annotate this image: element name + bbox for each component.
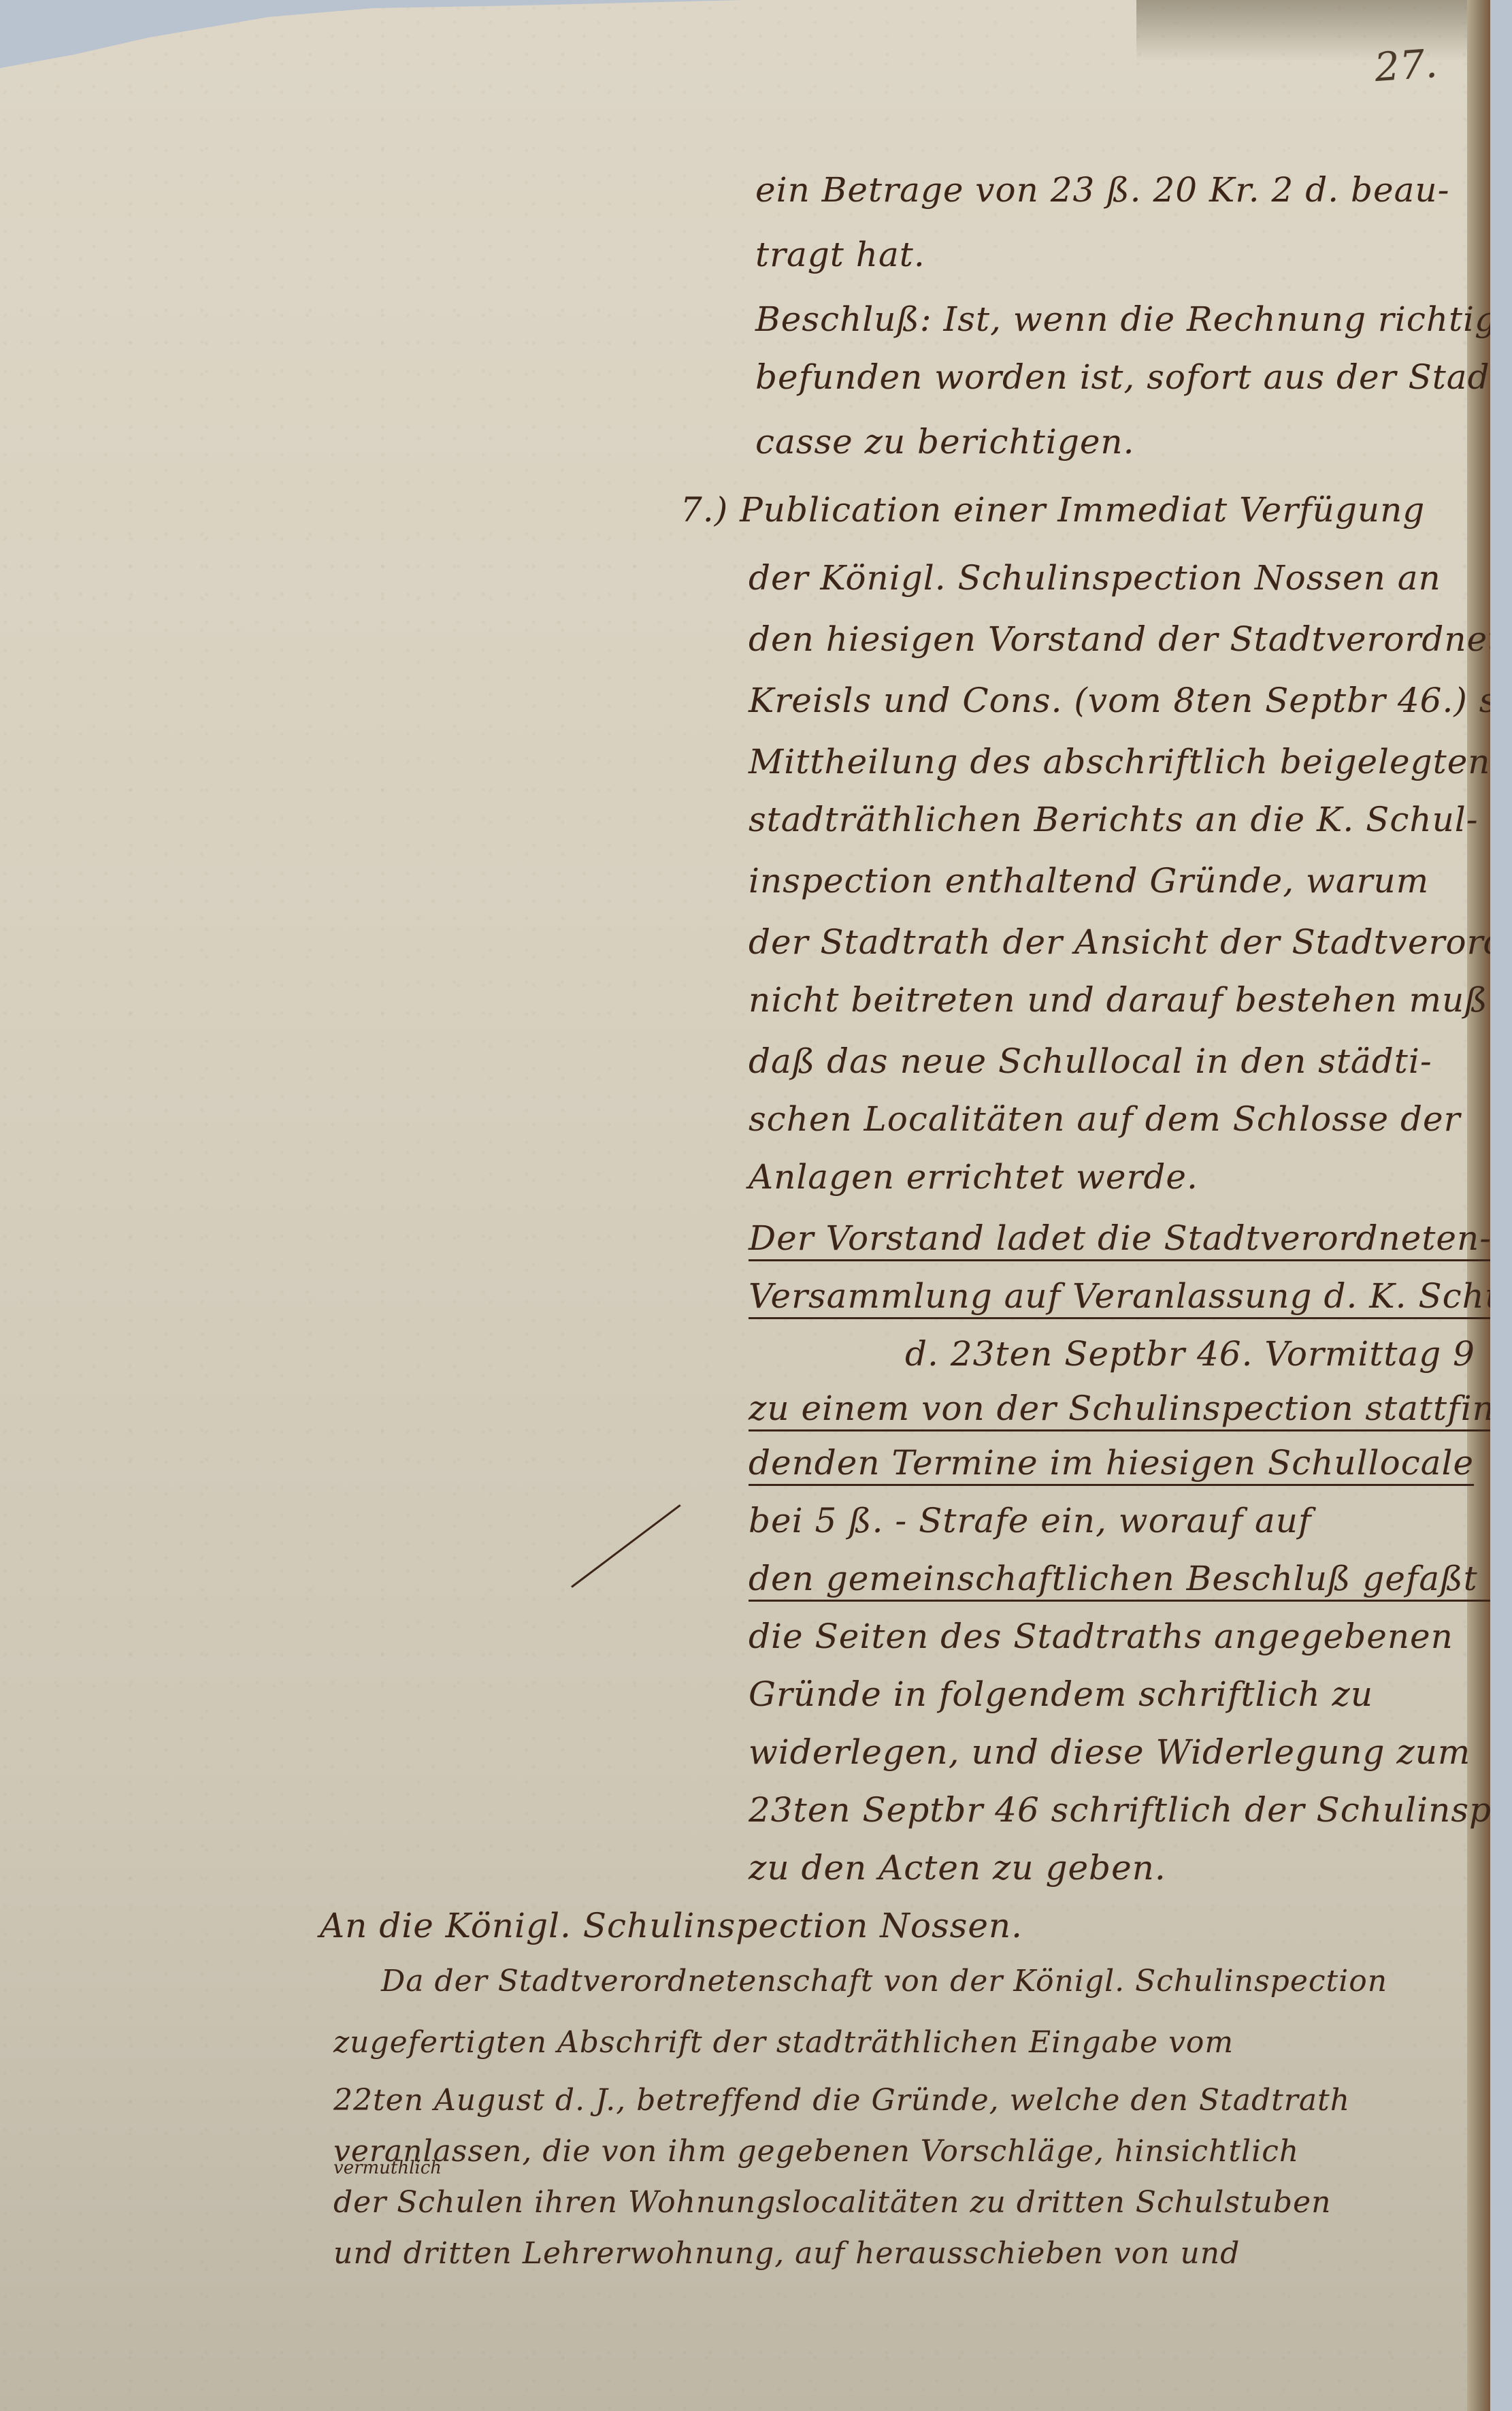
text-line: befunden worden ist, sofort aus der Stad…: [755, 357, 1512, 397]
agenda-item-7: 7.) Publication einer Immediat Verfügung: [680, 490, 1425, 530]
folio-number: 27.: [1373, 40, 1439, 91]
text-line: veranlassen, die von ihm gegebenen Vorsc…: [333, 2134, 1299, 2169]
text-line: daß das neue Schullocal in den städti-: [749, 1041, 1432, 1081]
text-line: inspection enthaltend Gründe, warum: [749, 861, 1429, 901]
text-line: Mittheilung des abschriftlich beigelegte…: [749, 742, 1491, 781]
text-line: nicht beitreten und darauf bestehen muß: [749, 980, 1488, 1020]
date-line: d. 23ten Septbr 46. Vormittag 9 Uhr: [905, 1334, 1512, 1374]
text-line: stadträthlichen Berichts an die K. Schul…: [749, 800, 1479, 839]
text-line: Kreisls und Cons. (vom 8ten Septbr 46.) …: [749, 681, 1512, 720]
underlined-line: zu einem von der Schulinspection stattfi…: [749, 1389, 1507, 1428]
text-line: der Stadtrath der Ansicht der Stadtveror…: [749, 922, 1512, 962]
text-line: Gründe in folgendem schriftlich zu: [749, 1674, 1373, 1714]
text-line: Anlagen errichtet werde.: [749, 1157, 1198, 1197]
letter-address: An die Königl. Schulinspection Nossen.: [320, 1906, 1023, 1945]
text-line: zugefertigten Abschrift der stadträthlic…: [333, 2025, 1234, 2060]
text-line: casse zu berichtigen.: [755, 422, 1135, 462]
text-line: und dritten Lehrerwohnung, auf heraussch…: [333, 2236, 1240, 2271]
text-line: Beschluß: Ist, wenn die Rechnung richtig: [755, 300, 1497, 339]
manuscript-page: 27. ein Betrage von 23 ß. 20 Kr. 2 d. be…: [0, 0, 1490, 2411]
text-line: widerlegen, und diese Widerlegung zum: [749, 1732, 1470, 1772]
underlined-line: Der Vorstand ladet die Stadtverordneten-: [749, 1218, 1492, 1258]
text-line: schen Localitäten auf dem Schlosse der: [749, 1099, 1461, 1139]
text-line: ein Betrage von 23 ß. 20 Kr. 2 d. beau-: [755, 170, 1450, 210]
underlined-line: Versammlung auf Veranlassung d. K. Schul…: [749, 1276, 1512, 1316]
text-line: bei 5 ß. - Strafe ein, worauf auf: [749, 1501, 1312, 1540]
text-line: 22ten August d. J., betreffend die Gründ…: [333, 2083, 1350, 2118]
text-line: tragt hat.: [755, 235, 925, 274]
underlined-line: den gemeinschaftlichen Beschluß gefaßt w…: [749, 1559, 1512, 1598]
text-line: der Königl. Schulinspection Nossen an: [749, 558, 1441, 598]
text-line: die Seiten des Stadtraths angegebenen: [749, 1617, 1453, 1656]
text-line: den hiesigen Vorstand der Stadtverordnet…: [749, 619, 1512, 659]
text-line: der Schulen ihren Wohnungslocalitäten zu…: [333, 2185, 1331, 2220]
interlinear-insertion: vermuthlich: [333, 2158, 442, 2178]
page-shadow: [1136, 0, 1490, 61]
text-line: 23ten Septbr 46 schriftlich der Schulins…: [749, 1790, 1512, 1830]
text-line: Da der Stadtverordnetenschaft von der Kö…: [381, 1964, 1387, 1999]
underlined-line: denden Termine im hiesigen Schullocale: [749, 1443, 1474, 1483]
margin-mark: [571, 1504, 681, 1588]
text-line: zu den Acten zu geben.: [749, 1848, 1166, 1888]
